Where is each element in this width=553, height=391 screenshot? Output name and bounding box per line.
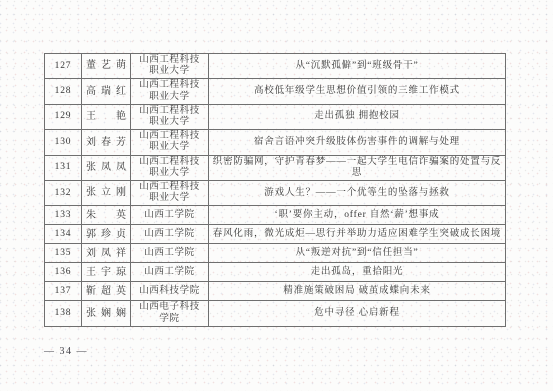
cell-school-name: 山西工程科技 职业大学 [131, 155, 209, 180]
cell-row-number: 134 [45, 225, 82, 244]
table-row: 134郭 珍 贞山西工学院春风化雨，微光成炬—思行并举助力适应困难学生突破成长困… [45, 225, 506, 244]
cell-advisor-name: 张 娴 娴 [82, 301, 131, 326]
cell-school-name: 山西工学院 [131, 206, 209, 225]
cell-case-title: 春风化雨，微光成炬—思行并举助力适应困难学生突破成长困境 [209, 225, 506, 244]
cell-row-number: 136 [45, 263, 82, 282]
cell-advisor-name: 朱 英 [82, 206, 131, 225]
cell-school-name: 山西工程科技 职业大学 [131, 104, 209, 129]
cell-row-number: 131 [45, 155, 82, 180]
table-row: 136王 宇 琼山西工学院走出孤岛，重拾阳光 [45, 263, 506, 282]
table-row: 129王 艳山西工程科技 职业大学走出孤独 拥抱校园 [45, 104, 506, 129]
advisor-name-text: 董 艺 萌 [86, 60, 126, 72]
advisor-name-text: 刘 春 芳 [86, 137, 126, 149]
cell-school-name: 山西工程科技 职业大学 [131, 54, 209, 79]
cell-case-title: 从“叛逆对抗”到“信任担当” [209, 244, 506, 263]
table-row: 135刘 凤 祥山西工学院从“叛逆对抗”到“信任担当” [45, 244, 506, 263]
table-row: 132张 立 刚山西工程科技 职业大学游戏人生？——一个优等生的坠落与拯救 [45, 181, 506, 206]
cell-row-number: 133 [45, 206, 82, 225]
cell-case-title: 游戏人生？——一个优等生的坠落与拯救 [209, 181, 506, 206]
cell-advisor-name: 王 宇 琼 [82, 263, 131, 282]
advisor-name-text: 张 立 刚 [86, 187, 126, 199]
scanned-document-page: 127董 艺 萌山西工程科技 职业大学从“沉默孤僻”到“班级骨干”128高 瑞 … [0, 0, 553, 391]
table-row: 137靳 超 英山西科技学院精准施策破困局 破茧成蝶向未来 [45, 282, 506, 301]
cell-school-name: 山西工学院 [131, 225, 209, 244]
cell-row-number: 127 [45, 54, 82, 79]
cell-advisor-name: 张 立 刚 [82, 181, 131, 206]
cell-case-title: ‘职’要你主动，offer 自然‘薪’想事成 [209, 206, 506, 225]
table-row: 131张 凤 凤山西工程科技 职业大学织密防骗网，守护青春梦——一起大学生电信诈… [45, 155, 506, 180]
advisor-name-text: 郭 珍 贞 [86, 229, 126, 241]
cell-advisor-name: 张 凤 凤 [82, 155, 131, 180]
cell-school-name: 山西工程科技 职业大学 [131, 181, 209, 206]
cell-advisor-name: 高 瑞 红 [82, 79, 131, 104]
cell-advisor-name: 王 艳 [82, 104, 131, 129]
cell-school-name: 山西电子科技 学院 [131, 301, 209, 326]
advisor-name-text: 王 艳 [86, 111, 126, 123]
cell-row-number: 137 [45, 282, 82, 301]
cell-school-name: 山西科技学院 [131, 282, 209, 301]
cell-row-number: 138 [45, 301, 82, 326]
cell-case-title: 织密防骗网，守护青春梦——一起大学生电信诈骗案的处置与反思 [209, 155, 506, 180]
cell-advisor-name: 靳 超 英 [82, 282, 131, 301]
cell-case-title: 走出孤岛，重拾阳光 [209, 263, 506, 282]
table-row: 130刘 春 芳山西工程科技 职业大学宿舍言语冲突升级肢体伤害事件的调解与处理 [45, 130, 506, 155]
cell-row-number: 132 [45, 181, 82, 206]
cell-school-name: 山西工程科技 职业大学 [131, 79, 209, 104]
cell-advisor-name: 刘 春 芳 [82, 130, 131, 155]
cell-row-number: 128 [45, 79, 82, 104]
table-row: 138张 娴 娴山西电子科技 学院危中寻径 心启新程 [45, 301, 506, 326]
advisor-name-text: 靳 超 英 [86, 286, 126, 298]
advisor-name-text: 高 瑞 红 [86, 86, 126, 98]
page-number: — 34 — [44, 346, 88, 357]
cell-case-title: 从“沉默孤僻”到“班级骨干” [209, 54, 506, 79]
table-row: 127董 艺 萌山西工程科技 职业大学从“沉默孤僻”到“班级骨干” [45, 54, 506, 79]
advisor-name-text: 张 凤 凤 [86, 162, 126, 174]
advisor-name-text: 刘 凤 祥 [86, 248, 126, 260]
cell-case-title: 精准施策破困局 破茧成蝶向未来 [209, 282, 506, 301]
cell-school-name: 山西工程科技 职业大学 [131, 130, 209, 155]
cell-case-title: 宿舍言语冲突升级肢体伤害事件的调解与处理 [209, 130, 506, 155]
cell-advisor-name: 董 艺 萌 [82, 54, 131, 79]
cell-school-name: 山西工学院 [131, 263, 209, 282]
table-row: 133朱 英山西工学院‘职’要你主动，offer 自然‘薪’想事成 [45, 206, 506, 225]
cell-row-number: 135 [45, 244, 82, 263]
cell-advisor-name: 刘 凤 祥 [82, 244, 131, 263]
advisor-name-text: 张 娴 娴 [86, 308, 126, 320]
table-row: 128高 瑞 红山西工程科技 职业大学高校低年级学生思想价值引领的三维工作模式 [45, 79, 506, 104]
cell-case-title: 高校低年级学生思想价值引领的三维工作模式 [209, 79, 506, 104]
cell-school-name: 山西工学院 [131, 244, 209, 263]
cell-case-title: 危中寻径 心启新程 [209, 301, 506, 326]
cell-row-number: 129 [45, 104, 82, 129]
cell-case-title: 走出孤独 拥抱校园 [209, 104, 506, 129]
cell-advisor-name: 郭 珍 贞 [82, 225, 131, 244]
cell-row-number: 130 [45, 130, 82, 155]
advisor-name-text: 王 宇 琼 [86, 267, 126, 279]
awards-table: 127董 艺 萌山西工程科技 职业大学从“沉默孤僻”到“班级骨干”128高 瑞 … [44, 53, 506, 327]
awards-table-body: 127董 艺 萌山西工程科技 职业大学从“沉默孤僻”到“班级骨干”128高 瑞 … [45, 54, 506, 327]
advisor-name-text: 朱 英 [86, 210, 126, 222]
